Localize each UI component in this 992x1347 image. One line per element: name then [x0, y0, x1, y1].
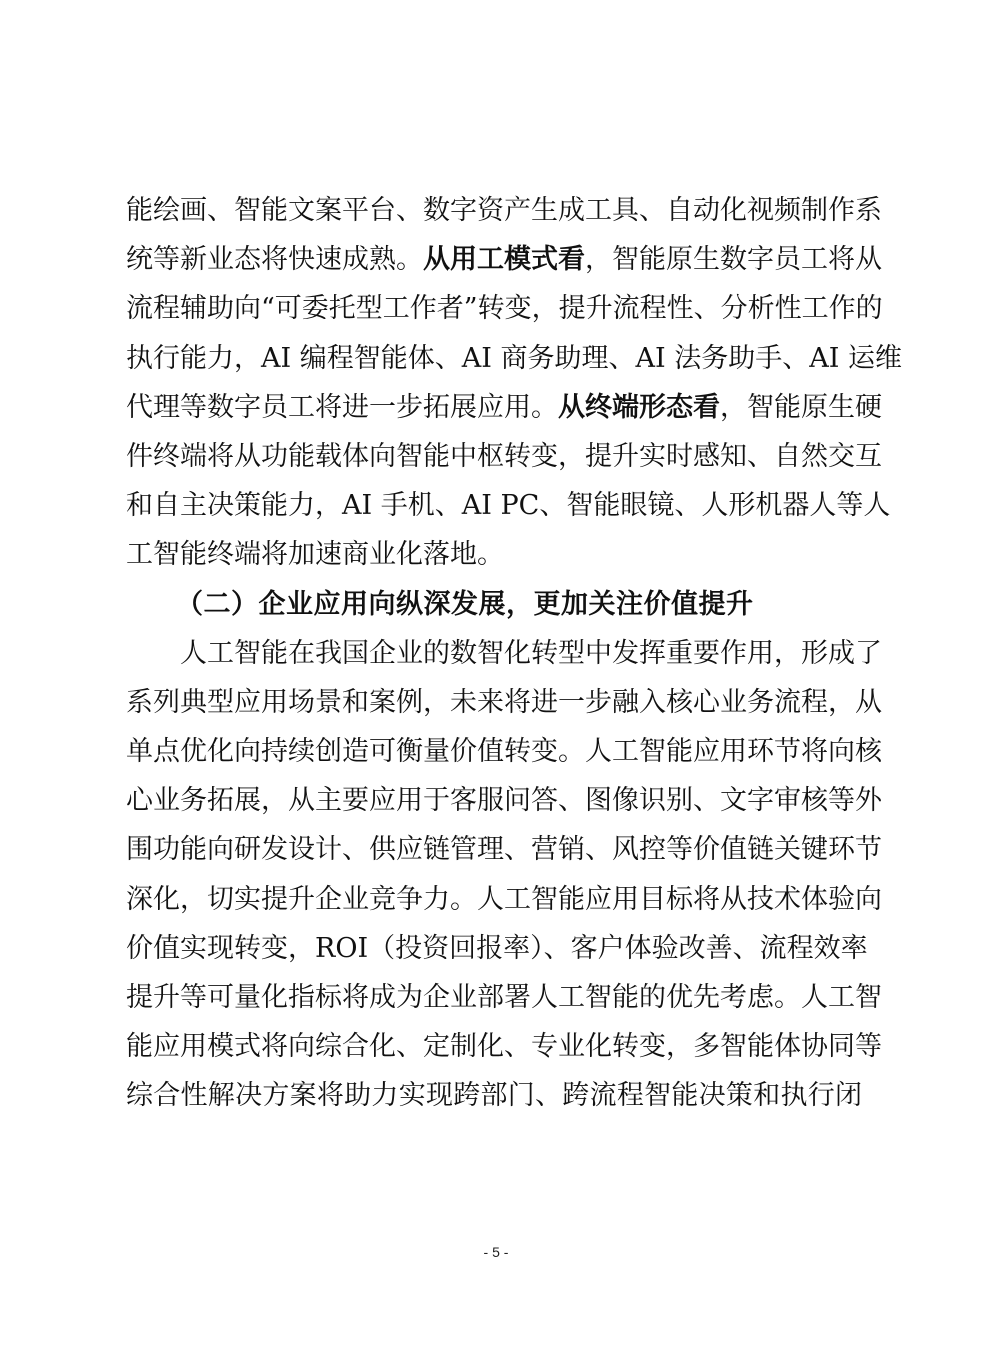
- text-segment: ，智能原生硬: [720, 392, 882, 423]
- text-segment: 执行能力，AI 编程智能体、AI 商务助理、AI 法务助手、AI 运维: [126, 343, 902, 374]
- text-segment: 代理等数字员工将进一步拓展应用。: [126, 392, 558, 423]
- text-line: 综合性解决方案将助力实现跨部门、跨流程智能决策和执行闭: [126, 1071, 862, 1120]
- page-number: - 5 -: [0, 1244, 992, 1260]
- text-line: 单点优化向持续创造可衡量价值转变。人工智能应用环节将向核: [126, 727, 862, 776]
- paragraph-2: 人工智能在我国企业的数智化转型中发挥重要作用，形成了系列典型应用场景和案例，未来…: [126, 629, 862, 1121]
- text-line: 工智能终端将加速商业化落地。: [126, 530, 862, 579]
- text-segment: 流程辅助向“可委托型工作者”转变，提升流程性、分析性工作的: [126, 293, 883, 324]
- paragraph-1: 能绘画、智能文案平台、数字资产生成工具、自动化视频制作系统等新业态将快速成熟。从…: [126, 186, 862, 580]
- text-segment: 和自主决策能力，AI 手机、AI PC、智能眼镜、人形机器人等人: [126, 490, 890, 521]
- text-line: 能绘画、智能文案平台、数字资产生成工具、自动化视频制作系: [126, 186, 862, 235]
- section-heading: （二）企业应用向纵深发展，更加关注价值提升: [126, 580, 862, 629]
- text-line: 围功能向研发设计、供应链管理、营销、风控等价值链关键环节: [126, 825, 862, 874]
- text-line: 价值实现转变，ROI（投资回报率）、客户体验改善、流程效率: [126, 924, 862, 973]
- bold-phrase: 从终端形态看: [558, 392, 720, 423]
- text-segment: 工智能终端将加速商业化落地。: [126, 539, 504, 570]
- text-line: 和自主决策能力，AI 手机、AI PC、智能眼镜、人形机器人等人: [126, 481, 862, 530]
- text-segment: 能绘画、智能文案平台、数字资产生成工具、自动化视频制作系: [126, 195, 882, 226]
- text-line: 件终端将从功能载体向智能中枢转变，提升实时感知、自然交互: [126, 432, 862, 481]
- text-line: 深化，切实提升企业竞争力。人工智能应用目标将从技术体验向: [126, 875, 862, 924]
- text-line: 提升等可量化指标将成为企业部署人工智能的优先考虑。人工智: [126, 973, 862, 1022]
- text-line: 能应用模式将向综合化、定制化、专业化转变，多智能体协同等: [126, 1022, 862, 1071]
- page-body: 能绘画、智能文案平台、数字资产生成工具、自动化视频制作系统等新业态将快速成熟。从…: [126, 186, 862, 1121]
- text-line: 人工智能在我国企业的数智化转型中发挥重要作用，形成了: [126, 629, 862, 678]
- text-line: 代理等数字员工将进一步拓展应用。从终端形态看，智能原生硬: [126, 383, 862, 432]
- text-line: 执行能力，AI 编程智能体、AI 商务助理、AI 法务助手、AI 运维: [126, 334, 862, 383]
- document-page: 能绘画、智能文案平台、数字资产生成工具、自动化视频制作系统等新业态将快速成熟。从…: [0, 0, 992, 1347]
- text-segment: ，智能原生数字员工将从: [585, 244, 882, 275]
- text-line: 系列典型应用场景和案例，未来将进一步融入核心业务流程，从: [126, 678, 862, 727]
- text-line: 统等新业态将快速成熟。从用工模式看，智能原生数字员工将从: [126, 235, 862, 284]
- text-line: 心业务拓展，从主要应用于客服问答、图像识别、文字审核等外: [126, 776, 862, 825]
- text-line: 流程辅助向“可委托型工作者”转变，提升流程性、分析性工作的: [126, 284, 862, 333]
- text-segment: 件终端将从功能载体向智能中枢转变，提升实时感知、自然交互: [126, 441, 882, 472]
- text-segment: 统等新业态将快速成熟。: [126, 244, 423, 275]
- bold-phrase: 从用工模式看: [423, 244, 585, 275]
